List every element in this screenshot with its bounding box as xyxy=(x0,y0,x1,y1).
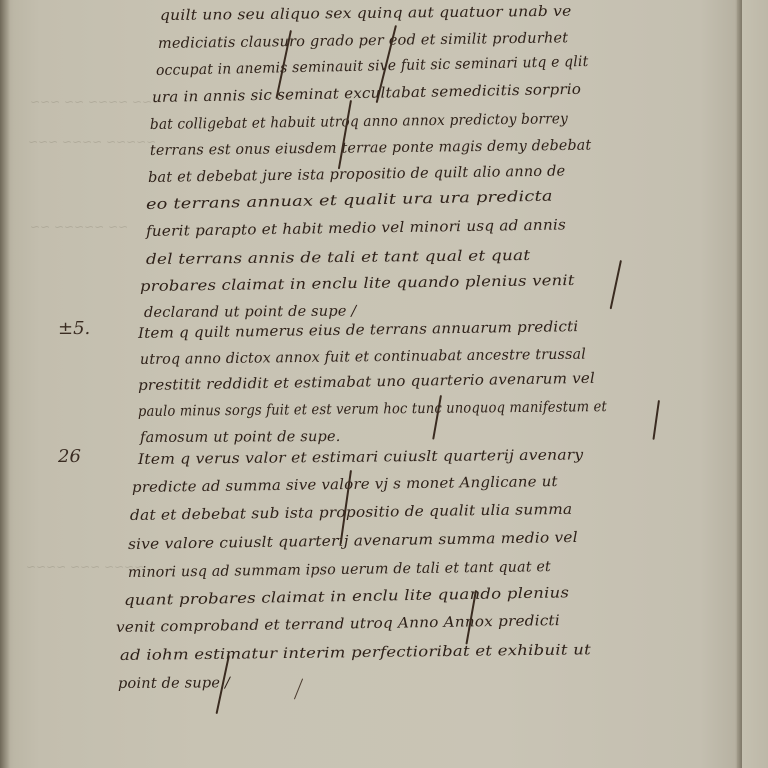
manuscript-line-item-25: Item q quilt numerus eius de terrans ann… xyxy=(138,319,579,342)
manuscript-line: fuerit parapto et habit medio vel minori… xyxy=(146,217,566,240)
margin-number-25: ±5. xyxy=(58,318,90,339)
manuscript-page: ~~~ ~~~~ ~~ ~~~ ~~~~~ ~~~~ ~~~ ~~ ~~~~~ … xyxy=(0,0,742,768)
manuscript-line: bat colligebat et habuit utroq anno anno… xyxy=(150,111,568,133)
manuscript-line: eo terrans annuax et qualit ura ura pred… xyxy=(146,188,553,213)
manuscript-line-item-26: Item q verus valor et estimari cuiuslt q… xyxy=(138,447,584,468)
manuscript-line: prestitit reddidit et estimabat uno quar… xyxy=(138,371,595,394)
manuscript-line: bat et debebat jure ista propositio de q… xyxy=(148,163,566,186)
descender-stroke xyxy=(610,260,622,309)
manuscript-line: venit comproband et terrand utroq Anno A… xyxy=(116,613,560,636)
manuscript-line: sive valore cuiuslt quarterij avenarum s… xyxy=(128,530,578,553)
manuscript-line: dat et debebat sub ista propositio de qu… xyxy=(130,502,573,524)
margin-number-26: 26 xyxy=(58,446,81,467)
manuscript-line: del terrans annis de tali et tant qual e… xyxy=(146,248,531,268)
show-through-ink: ~~~~~ ~~~~ ~~~ xyxy=(28,135,156,149)
manuscript-line: quilt uno seu aliquo sex quinq aut quatu… xyxy=(160,4,572,24)
manuscript-line: famosum ut point de supe. xyxy=(140,429,341,446)
show-through-ink: ~~~ ~~~~ ~~ ~~~ xyxy=(30,95,162,109)
manuscript-line: point de supe / xyxy=(118,675,230,692)
binding-edge xyxy=(0,0,10,768)
manuscript-line: probares claimat in enclu lite quando pl… xyxy=(140,273,575,295)
manuscript-line: quant probares claimat in enclu lite qua… xyxy=(124,585,569,609)
descender-stroke xyxy=(338,100,352,169)
manuscript-line: minori usq ad summam ipso uerum de tali … xyxy=(128,559,551,581)
adjacent-page-edge xyxy=(742,0,768,768)
manuscript-line: paulo minus sorgs fuit et est verum hoc … xyxy=(138,399,607,420)
manuscript-line: mediciatis clausuro grado per eod et sim… xyxy=(158,30,568,52)
manuscript-line: predicte ad summa sive valore vj s monet… xyxy=(132,474,558,496)
closing-slash xyxy=(294,679,304,700)
manuscript-line: declarand ut point de supe / xyxy=(144,304,357,321)
manuscript-line: terrans est onus eiusdem terrae ponte ma… xyxy=(150,138,592,159)
manuscript-line: ura in annis sic seminat excultabat seme… xyxy=(152,82,581,106)
manuscript-line: ad iohm estimatur interim perfectioribat… xyxy=(120,642,591,664)
show-through-ink: ~~ ~~~~~ ~~ xyxy=(30,220,128,234)
manuscript-line: occupat in anemis seminauit sive fuit si… xyxy=(156,54,589,79)
manuscript-line: utroq anno dictox annox fuit et continua… xyxy=(140,347,586,368)
descender-stroke xyxy=(652,400,659,440)
show-through-ink: ~~~~ ~~~ ~~~~ xyxy=(26,560,144,574)
